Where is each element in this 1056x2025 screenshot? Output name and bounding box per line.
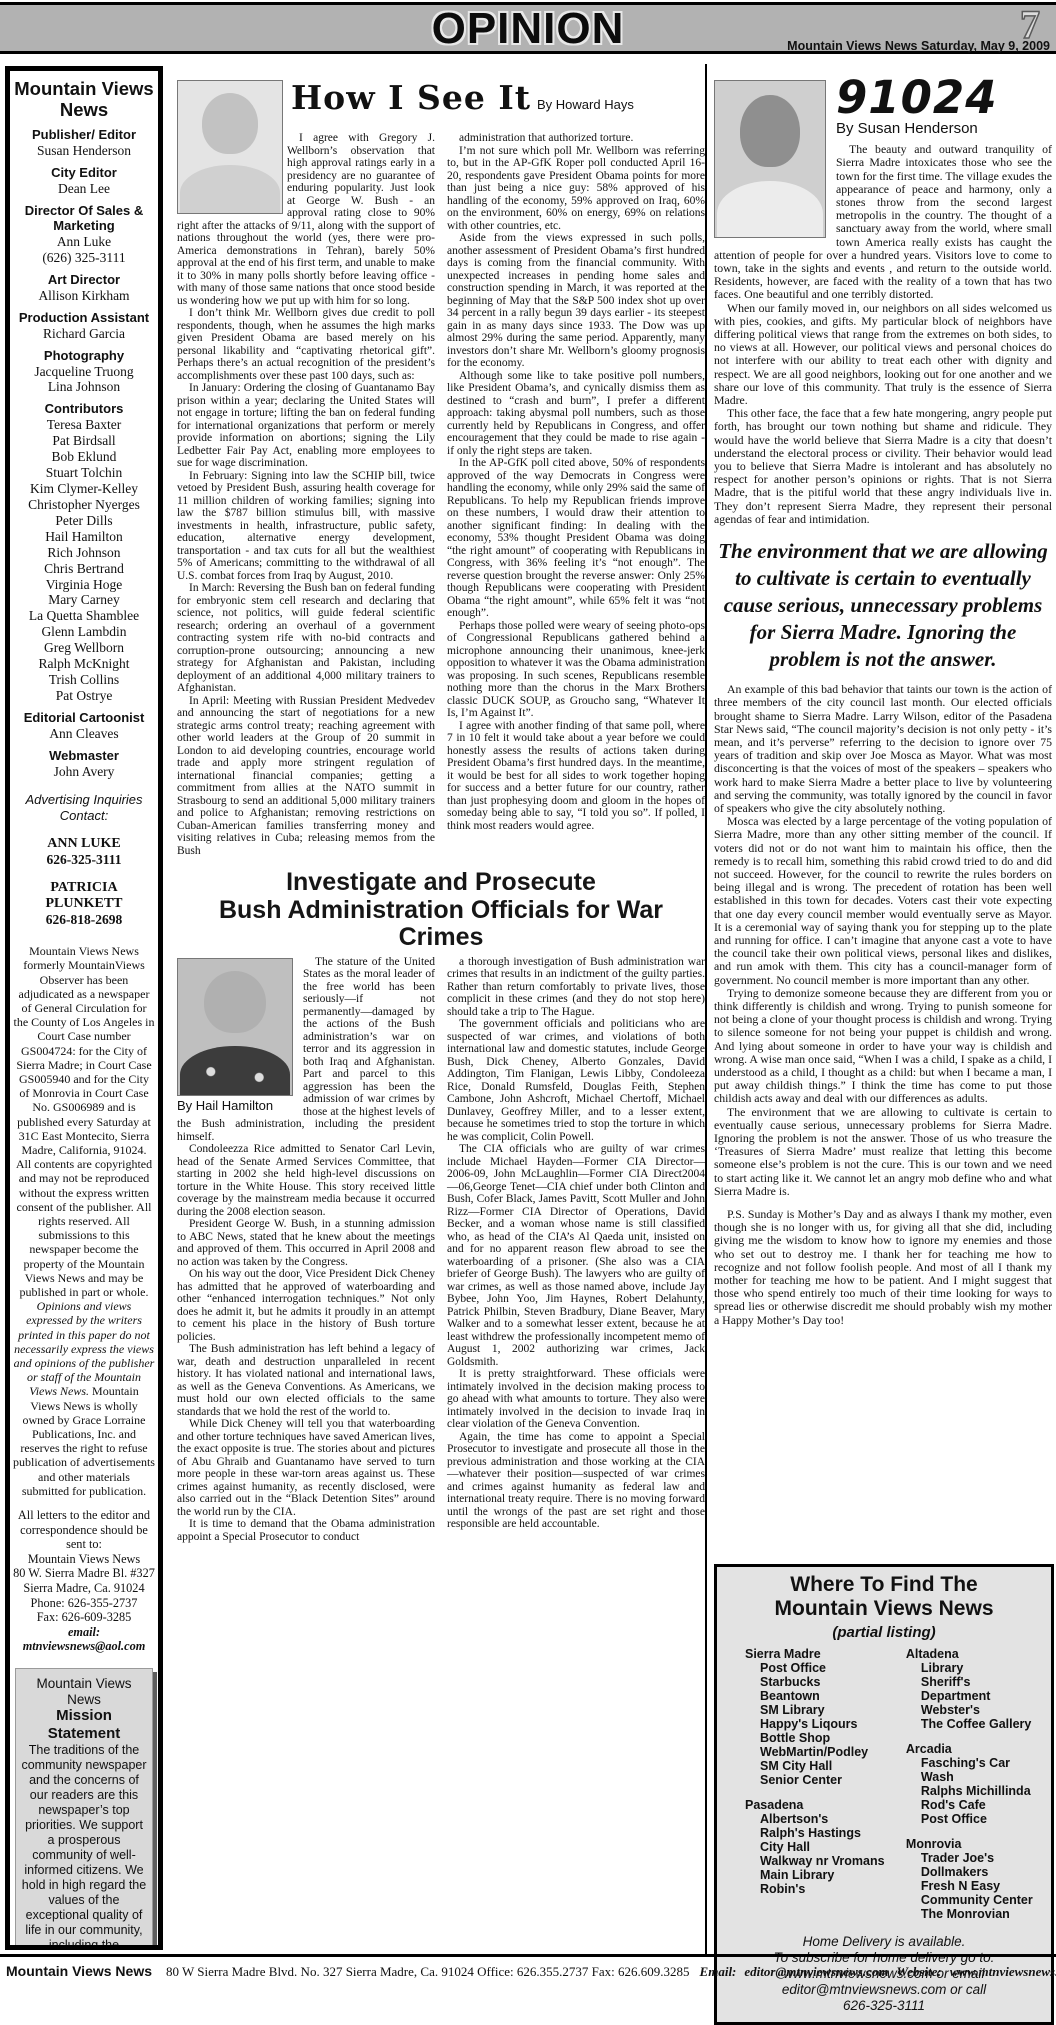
contributor-names: Teresa Baxter Pat Birdsall Bob Eklund St… <box>13 417 155 704</box>
role-title: City Editor <box>13 166 155 181</box>
page-header: OPINION 7 Mountain Views News Saturday, … <box>0 2 1056 54</box>
wtf-locations: Fasching's Car Wash Ralphs Michillinda R… <box>906 1756 1043 1826</box>
wtf-city-name: Arcadia <box>906 1742 1043 1756</box>
paragraph: It is pretty straightforward. These offi… <box>447 1368 705 1431</box>
paragraph: While Dick Cheney will tell you that wat… <box>177 1418 435 1518</box>
mission-title: Mountain Views News <box>20 1676 148 1707</box>
location-columns: Sierra MadrePost Office Starbucks Beanto… <box>719 1647 1049 1932</box>
role-title: Contributors <box>13 402 155 417</box>
legal-notice: Mountain Views News formerly MountainVie… <box>13 944 155 1498</box>
footer-email: editor@mtnviewsnews.com <box>744 1964 888 1979</box>
dateline: Mountain Views News Saturday, May 9, 200… <box>787 39 1050 53</box>
role-names: Ann Luke (626) 325-3111 <box>13 234 155 266</box>
paragraph: In April: Meeting with Russian President… <box>177 695 435 858</box>
role-title: Art Director <box>13 273 155 288</box>
headline-line: Investigate and Prosecute <box>177 869 705 897</box>
wtf-city-name: Sierra Madre <box>745 1647 906 1661</box>
paragraph: I’m not sure which poll Mr. Wellborn was… <box>447 145 705 233</box>
role-title: Webmaster <box>13 749 155 764</box>
box-title-line: Where To Find The <box>719 1573 1049 1597</box>
role-names: Jacqueline Truong Lina Johnson <box>13 364 155 396</box>
masthead-title: Mountain Views News <box>13 79 155 120</box>
91024-article: 91024 By Susan Henderson The beauty and … <box>714 66 1052 1558</box>
role-title: Editorial Cartoonist <box>13 711 155 726</box>
paragraph: An example of this bad behavior that tai… <box>714 683 1052 815</box>
wtf-city-group: ArcadiaFasching's Car Wash Ralphs Michil… <box>906 1742 1043 1826</box>
masthead-role: PhotographyJacqueline Truong Lina Johnso… <box>13 349 155 396</box>
paragraph: Condoleezza Rice admitted to Senator Car… <box>177 1143 435 1218</box>
paragraph: The government officials and politicians… <box>447 1018 705 1143</box>
howard-hays-photo <box>177 80 283 214</box>
article-column: I agree with Gregory J. Wellborn’s obser… <box>177 132 435 857</box>
footer-website-label: Website: <box>896 1964 941 1979</box>
wtf-city-group: MonroviaTrader Joe's Dollmakers Fresh N … <box>906 1837 1043 1921</box>
role-names: Ann Cleaves <box>13 726 155 742</box>
paragraph: a thorough investigation of Bush adminis… <box>447 956 705 1019</box>
paragraph: On his way out the door, Vice President … <box>177 1268 435 1343</box>
footer-address: 80 W Sierra Madre Blvd. No. 327 Sierra M… <box>166 1964 690 1979</box>
wtf-locations: Trader Joe's Dollmakers Fresh N Easy Com… <box>906 1851 1043 1921</box>
paragraph: Trying to demonize someone because they … <box>714 987 1052 1106</box>
article-paragraphs: An example of this bad behavior that tai… <box>714 683 1052 1327</box>
paragraph: The environment that we are allowing to … <box>714 1106 1052 1198</box>
article-column: a thorough investigation of Bush adminis… <box>447 956 705 1544</box>
susan-henderson-photo <box>714 80 826 238</box>
paragraph: The Bush administration has left behind … <box>177 1343 435 1418</box>
paragraph: I agree with another finding of that sam… <box>447 720 705 833</box>
paragraph: I don’t think Mr. Wellborn gives due cre… <box>177 307 435 382</box>
column-divider <box>705 64 707 1954</box>
article-title: How I See It <box>291 78 531 117</box>
paragraph: President George W. Bush, in a stunning … <box>177 1218 435 1268</box>
location-column-right: AltadenaLibrary Sheriff's Department Web… <box>906 1647 1043 1932</box>
masthead-role: WebmasterJohn Avery <box>13 749 155 780</box>
legal-text: Mountain Views News is wholly owned by G… <box>13 1384 155 1497</box>
location-column-left: Sierra MadrePost Office Starbucks Beanto… <box>745 1647 906 1932</box>
role-names: Allison Kirkham <box>13 288 155 304</box>
wtf-city-name: Monrovia <box>906 1837 1043 1851</box>
paragraph: In the AP-GfK poll cited above, 50% of r… <box>447 457 705 620</box>
paragraph: In January: Ordering the closing of Guan… <box>177 382 435 470</box>
role-title: Production Assistant <box>13 311 155 326</box>
mission-heading: Mission Statement <box>20 1707 148 1743</box>
page-footer: Mountain Views News80 W Sierra Madre Blv… <box>0 1954 1056 1990</box>
wtf-city-group: AltadenaLibrary Sheriff's Department Web… <box>906 1647 1043 1731</box>
war-crimes-body: By Hail Hamilton The stature of the Unit… <box>177 956 705 1544</box>
paragraph: Aside from the views expressed in such p… <box>447 232 705 370</box>
masthead-contributors: ContributorsTeresa Baxter Pat Birdsall B… <box>13 402 155 704</box>
headline-line: Bush Administration Officials for War Cr… <box>177 897 705 952</box>
wtf-city-group: PasadenaAlbertson's Ralph's Hastings Cit… <box>745 1798 906 1896</box>
how-i-see-it-body: I agree with Gregory J. Wellborn’s obser… <box>177 132 705 857</box>
article-column: administration that authorized torture.I… <box>447 132 705 857</box>
paragraph: In March: Reversing the Bush ban on fede… <box>177 582 435 695</box>
box-title: Where To Find The Mountain Views News <box>719 1573 1049 1620</box>
paragraph: When our family moved in, our neighbors … <box>714 302 1052 408</box>
masthead-role: Art DirectorAllison Kirkham <box>13 273 155 304</box>
paragraph: Mosca was elected by a large percentage … <box>714 815 1052 987</box>
mission-body: The traditions of the community newspape… <box>20 1743 148 1950</box>
role-names: Richard Garcia <box>13 326 155 342</box>
paragraph: The CIA officials who are guilty of war … <box>447 1143 705 1368</box>
paragraph: administration that authorized torture. <box>447 132 705 145</box>
role-title: Director Of Sales & Marketing <box>13 204 155 234</box>
advertising-inquiries: Advertising Inquiries Contact: <box>13 792 155 825</box>
wtf-city-name: Pasadena <box>745 1798 906 1812</box>
wtf-locations: Albertson's Ralph's Hastings City Hall W… <box>745 1812 906 1896</box>
legal-text: Mountain Views News formerly MountainVie… <box>14 944 155 1299</box>
masthead-role: Director Of Sales & MarketingAnn Luke (6… <box>13 204 155 266</box>
masthead-role: City EditorDean Lee <box>13 166 155 197</box>
war-crimes-headline: Investigate and Prosecute Bush Administr… <box>177 869 705 952</box>
paragraph: Perhaps those polled were weary of seein… <box>447 620 705 720</box>
ad-contact-name: ANN LUKE <box>13 836 155 852</box>
article-byline: By Howard Hays <box>537 97 634 112</box>
role-title: Photography <box>13 349 155 364</box>
wtf-locations: Post Office Starbucks Beantown SM Librar… <box>745 1661 906 1787</box>
paragraph: In February: Signing into law the SCHIP … <box>177 470 435 583</box>
letters-email: email: mtnviewsnews@aol.com <box>13 1625 155 1654</box>
mission-statement-box: Mountain Views News Mission Statement Th… <box>15 1668 153 1950</box>
ad-contact-phone: 626-818-2698 <box>13 912 155 928</box>
how-i-see-it-header: How I See ItBy Howard Hays <box>291 66 705 128</box>
role-names: Susan Henderson <box>13 143 155 159</box>
masthead-role: Editorial CartoonistAnn Cleaves <box>13 711 155 742</box>
hail-hamilton-photo <box>177 958 293 1096</box>
box-title-line: Mountain Views News <box>719 1597 1049 1621</box>
masthead-role: Production AssistantRichard Garcia <box>13 311 155 342</box>
role-title: Publisher/ Editor <box>13 128 155 143</box>
footer-website: www.mtnviewsnews.com <box>950 1964 1056 1979</box>
article-column: By Hail Hamilton The stature of the Unit… <box>177 956 435 1544</box>
masthead-role: Publisher/ EditorSusan Henderson <box>13 128 155 159</box>
wtf-locations: Library Sheriff's Department Webster's T… <box>906 1661 1043 1731</box>
pull-quote: The environment that we are allowing to … <box>716 538 1050 673</box>
letters-address: Mountain Views News 80 W. Sierra Madre B… <box>13 1552 155 1625</box>
paragraph: Although some like to take positive poll… <box>447 370 705 458</box>
masthead-sidebar: Mountain Views News Publisher/ EditorSus… <box>5 66 163 1950</box>
photo-caption: By Hail Hamilton <box>177 1100 295 1113</box>
ad-contact-phone: 626-325-3111 <box>13 852 155 868</box>
wtf-city-name: Altadena <box>906 1647 1043 1661</box>
paragraph: It is time to demand that the Obama admi… <box>177 1518 435 1543</box>
paragraph: Again, the time has come to appoint a Sp… <box>447 1431 705 1531</box>
paragraph: This other face, the face that a few hat… <box>714 407 1052 526</box>
ad-contact-name: PATRICIA PLUNKETT <box>13 880 155 912</box>
footer-email-label: Email: <box>700 1964 737 1979</box>
paragraph: P.S. Sunday is Mother’s Day and as alway… <box>714 1208 1052 1327</box>
footer-paper-name: Mountain Views News <box>6 1963 152 1979</box>
letters-intro: All letters to the editor and correspond… <box>18 1508 150 1551</box>
center-articles: How I See ItBy Howard Hays I agree with … <box>177 66 705 1950</box>
box-subtitle: (partial listing) <box>719 1624 1049 1641</box>
role-names: Dean Lee <box>13 181 155 197</box>
right-article: 91024 By Susan Henderson The beauty and … <box>714 66 1052 1950</box>
wtf-city-group: Sierra MadrePost Office Starbucks Beanto… <box>745 1647 906 1787</box>
hail-hamilton-photobox: By Hail Hamilton <box>177 958 295 1113</box>
role-names: John Avery <box>13 764 155 780</box>
letters-info: All letters to the editor and correspond… <box>13 1508 155 1654</box>
